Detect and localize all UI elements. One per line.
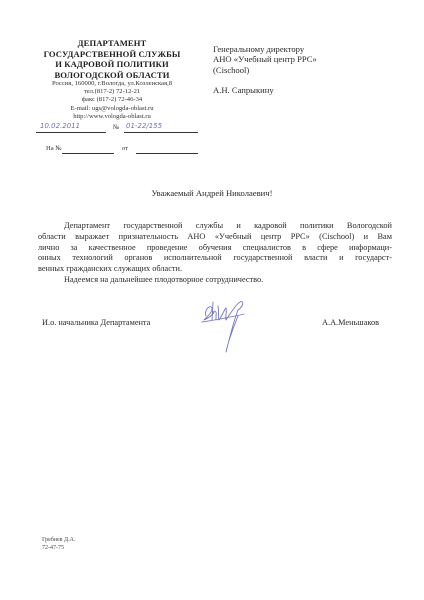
reply-date-underline [136,143,198,154]
body-line: онных технологий органов исполнительной … [38,253,392,264]
letter-greeting: Уважаемый Андрей Николаевич! [0,188,424,198]
executor-phone: 72-47-75 [42,545,75,553]
executor-name: Гребнев Д.А. [42,537,75,545]
recipient-line: (Cischool) [213,65,413,75]
body-line: Надеемся на дальнейшее плодотворное сотр… [38,275,392,286]
sender-website: http://www.vologda-oblast.ru [22,113,202,121]
body-line: Департамент государственной службы и кад… [38,221,392,232]
reply-to-label: На № [46,145,62,152]
number-underline: 01-22/155 [124,122,198,133]
sender-address: Россия, 160000, г.Вологда, ул.Козленская… [22,80,202,88]
reply-reference: На № от [36,143,196,155]
registration-date-number: 10.02.2011 № 01-22/155 [36,122,196,134]
sender-phone: тел.(817-2) 72-12-21 [22,88,202,96]
date-underline: 10.02.2011 [36,122,106,133]
number-label: № [113,124,119,131]
sender-department: ДЕПАРТАМЕНТ ГОСУДАРСТВЕННОЙ СЛУЖБЫ И КАД… [22,38,202,80]
department-line: ДЕПАРТАМЕНТ [22,38,202,49]
sender-email: E-mail: ugs@vologda-oblast.ru [22,105,202,113]
from-label: от [122,145,128,152]
registration-date: 10.02.2011 [40,122,80,130]
handwritten-signature-icon [200,296,260,358]
letter-body: Департамент государственной службы и кад… [38,221,392,286]
registration-number: 01-22/155 [126,122,162,130]
department-line: И КАДРОВОЙ ПОЛИТИКИ [22,59,202,70]
recipient-block: Генеральному директору АНО «Учебный цент… [213,44,413,96]
body-line: венных гражданских служащих области. [38,264,392,275]
department-line: ГОСУДАРСТВЕННОЙ СЛУЖБЫ [22,49,202,60]
department-line: ВОЛОГОДСКОЙ ОБЛАСТИ [22,70,202,81]
recipient-line: АНО «Учебный центр РРС» [213,54,413,64]
recipient-name: А.Н. Сапрыкину [213,85,413,95]
recipient-line: Генеральному директору [213,44,413,54]
body-line: области выражает признательность АНО «Уч… [38,232,392,243]
paragraph-1: Департамент государственной службы и кад… [38,221,392,275]
signatory-name: А.А.Меньшаков [322,318,379,327]
paragraph-2: Надеемся на дальнейшее плодотворное сотр… [38,275,392,286]
signatory-position: И.о. начальника Департамента [42,318,150,327]
executor-info: Гребнев Д.А. 72-47-75 [42,537,75,552]
body-line: лично за качественное проведение обучени… [38,243,392,254]
reply-number-underline [62,143,114,154]
sender-fax: факс (817-2) 72-46-34 [22,96,202,104]
sender-contacts: Россия, 160000, г.Вологда, ул.Козленская… [22,80,202,121]
